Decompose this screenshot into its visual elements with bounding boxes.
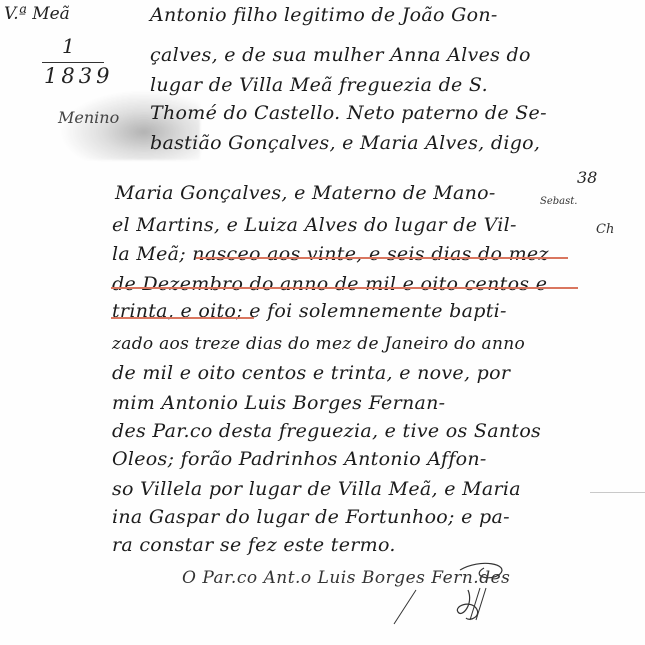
- record-line-14: des Par.co desta freguezia, e tive os Sa…: [112, 420, 541, 442]
- record-line-3: lugar de Villa Meã freguezia de S.: [150, 74, 488, 96]
- record-line-9: de Dezembro do anno de mil e oito centos…: [112, 273, 547, 295]
- signature-tail-icon: [390, 588, 420, 628]
- record-line-1: Antonio filho legitimo de João Gon-: [150, 4, 498, 26]
- record-line-17: ina Gaspar do lugar de Fortunhoo; e pa-: [112, 506, 510, 528]
- record-line-12: de mil e oito centos e trinta, e nove, p…: [112, 362, 510, 384]
- margin-rule: [42, 62, 104, 63]
- record-line-2: çalves, e de sua mulher Anna Alves do: [150, 44, 531, 66]
- red-underline-1: [196, 257, 568, 259]
- record-line-13: mim Antonio Luis Borges Fernan-: [112, 392, 445, 414]
- margin-entry-number: 1: [62, 34, 75, 58]
- aside-mark: Ch: [596, 222, 614, 237]
- record-line-7: el Martins, e Luiza Alves do lugar de Vi…: [112, 214, 517, 236]
- record-line-18: ra constar se fez este termo.: [112, 534, 396, 556]
- aside-note: Sebast.: [540, 196, 577, 207]
- faint-margin-line: [590, 492, 645, 493]
- record-line-11: zado aos treze dias do mez de Janeiro do…: [112, 334, 525, 354]
- margin-place: V.ª Meã: [4, 4, 70, 24]
- record-line-4: Thomé do Castello. Neto paterno de Se-: [150, 102, 547, 124]
- record-line-5: bastião Gonçalves, e Maria Alves, digo,: [150, 132, 540, 154]
- margin-smudged-word: Menino: [58, 108, 119, 127]
- page-number: 38: [577, 168, 597, 187]
- record-line-16: so Villela por lugar de Villa Meã, e Mar…: [112, 478, 521, 500]
- record-line-8: la Meã; nasceo aos vinte, e seis dias do…: [112, 243, 549, 265]
- red-underline-2: [111, 287, 578, 289]
- red-underline-3: [111, 317, 254, 319]
- record-line-6: Maria Gonçalves, e Materno de Mano-: [115, 182, 496, 204]
- document-page: V.ª Meã 1 1839 Menino 38 Sebast. Ch Anto…: [0, 0, 645, 645]
- signature-flourish-icon: [440, 560, 520, 630]
- record-line-15: Oleos; forão Padrinhos Antonio Affon-: [112, 448, 487, 470]
- margin-year: 1839: [44, 64, 113, 88]
